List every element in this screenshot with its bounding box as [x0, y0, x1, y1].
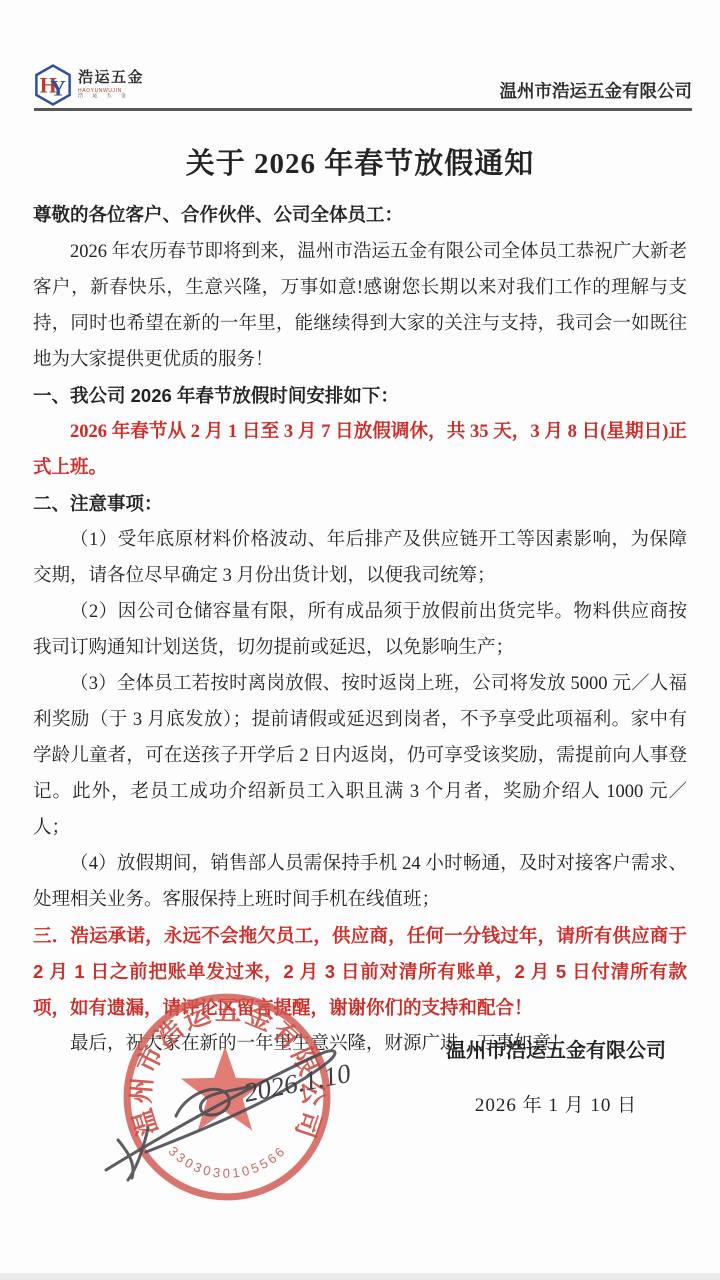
notice-item-2: （2）因公司仓储容量有限，所有成品须于放假前出货完毕。物料供应商按我司订购通知计…: [33, 594, 687, 666]
company-logo: H Y 浩运五金 HAOYUNWUJIN 浩 运 五 金: [34, 64, 144, 106]
logo-monogram-y: Y: [50, 76, 66, 100]
logo-brand-name: 浩运五金: [78, 69, 144, 88]
signature-date: 2026 年 1 月 10 日: [416, 1090, 696, 1117]
section-two-heading: 二、注意事项：: [33, 486, 687, 522]
signature-company-name: 温州市浩运五金有限公司: [416, 1036, 696, 1066]
notice-title: 关于 2026 年春节放假通知: [33, 141, 687, 182]
header-company-name: 温州市浩运五金有限公司: [500, 78, 693, 106]
section-one-heading: 一、我公司 2026 年春节放假时间安排如下：: [33, 378, 687, 414]
logo-hexagon-icon: H Y: [34, 64, 72, 106]
notice-body: 关于 2026 年春节放假通知 尊敬的各位客户、合作伙伴、公司全体员工： 202…: [33, 141, 687, 1062]
holiday-dates-notice: 2026 年春节从 2 月 1 日至 3 月 7 日放假调休，共 35 天，3 …: [33, 414, 687, 486]
page-bottom-edge: [0, 1273, 720, 1280]
logo-brand-subtext: 浩 运 五 金: [78, 94, 144, 100]
notice-item-1: （1）受年底原材料价格波动、年后排产及供应链开工等因素影响，为保障交期，请各位尽…: [33, 522, 687, 594]
logo-text-stack: 浩运五金 HAOYUNWUJIN 浩 运 五 金: [78, 69, 144, 100]
salutation: 尊敬的各位客户、合作伙伴、公司全体员工：: [33, 196, 687, 234]
handwritten-signature: 2026.1.10: [88, 1020, 388, 1190]
notice-item-4: （4）放假期间，销售部人员需保持手机 24 小时畅通，及时对接客户需求、处理相关…: [33, 846, 687, 918]
intro-paragraph: 2026 年农历春节即将到来，温州市浩运五金有限公司全体员工恭祝广大新老客户，新…: [33, 234, 687, 378]
signature-block: 温州市浩运五金有限公司 2026 年 1 月 10 日: [416, 1036, 696, 1117]
document-page: H Y 浩运五金 HAOYUNWUJIN 浩 运 五 金 温州市浩运五金有限公司…: [0, 0, 720, 1280]
notice-item-3: （3）全体员工若按时离岗放假、按时返岗上班，公司将发放 5000 元／人福利奖励…: [33, 666, 687, 846]
letterhead: H Y 浩运五金 HAOYUNWUJIN 浩 运 五 金 温州市浩运五金有限公司: [34, 0, 692, 111]
